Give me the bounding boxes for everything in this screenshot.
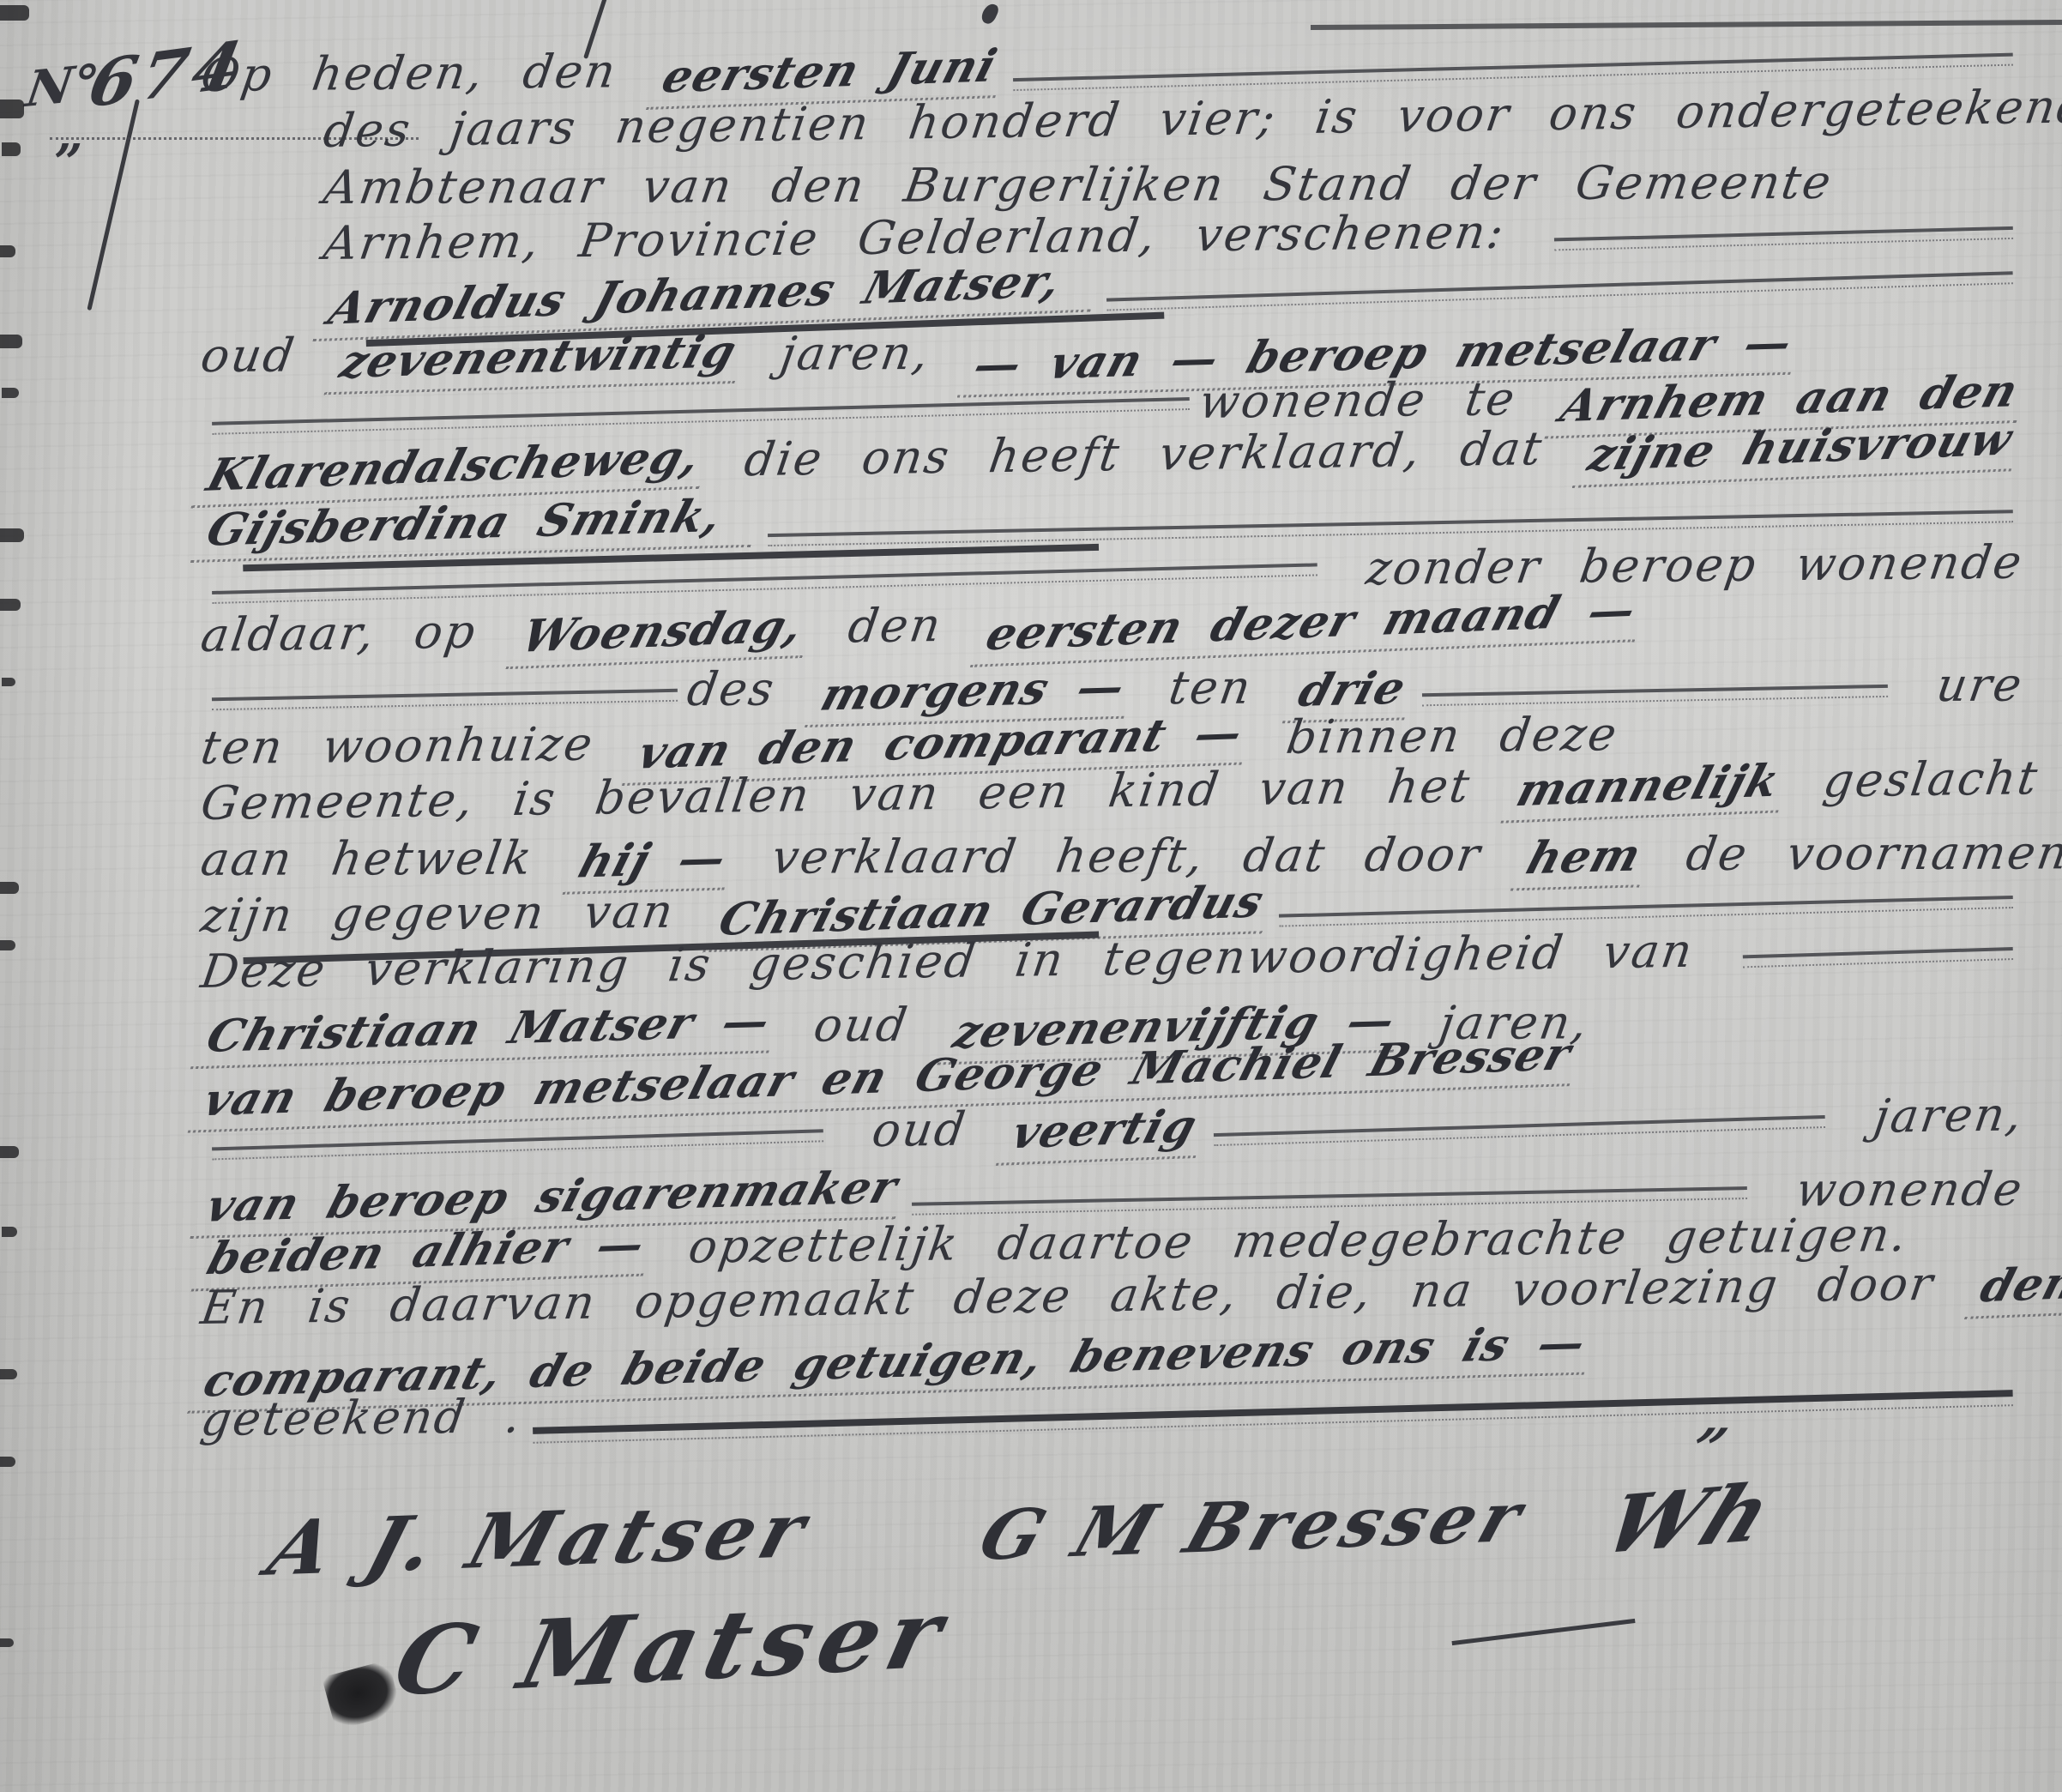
form-text: oud <box>829 1101 1010 1158</box>
form-text: verklaard heeft, dat door <box>729 828 1525 884</box>
filler-rule <box>1214 1115 1825 1146</box>
written-entry-text: den <box>1964 1257 2062 1319</box>
filler-rule <box>533 1390 2013 1444</box>
edge-artifact <box>0 1638 14 1647</box>
edge-artifact <box>2 678 15 686</box>
edge-artifact <box>0 940 15 950</box>
edge-artifact <box>0 1457 15 1467</box>
written-entry-text: eersten dezer maand — <box>970 583 1651 667</box>
edge-artifact <box>0 528 24 542</box>
edge-artifact <box>2 388 19 398</box>
form-text: ten woonhuize <box>197 716 636 775</box>
form-text: jaren, <box>738 326 974 381</box>
form-text: oud <box>197 328 339 383</box>
written-entry-text: veertig <box>996 1100 1212 1166</box>
form-text: den <box>805 597 985 654</box>
edge-artifact <box>0 335 22 348</box>
form-text: aldaar, op <box>197 604 519 662</box>
edge-artifact <box>0 1146 19 1158</box>
written-entry-text: mannelijk <box>1500 754 1794 824</box>
written-entry-text: zijne huisvrouw <box>1571 413 2027 488</box>
form-text: geslacht <box>1782 751 2043 808</box>
form-text: oud <box>771 998 951 1053</box>
edge-artifact <box>0 882 19 894</box>
form-text: zijn gegeven van <box>197 884 717 943</box>
form-text: des <box>684 661 818 716</box>
edge-artifact <box>0 245 15 257</box>
written-entry-text: Woensdag, <box>506 600 818 669</box>
edge-artifact <box>0 599 21 611</box>
edge-artifact <box>0 1369 17 1379</box>
edge-artifact <box>0 100 24 118</box>
form-text: Op heden, den <box>197 44 660 102</box>
form-text: wonende te <box>1196 371 1559 429</box>
form-text: binnen deze <box>1244 707 1622 764</box>
form-text: geteekend . <box>197 1389 526 1446</box>
filler-rule <box>212 689 678 710</box>
filler-rule <box>1743 947 2013 968</box>
edge-artifact <box>0 5 29 21</box>
form-text: aan hetwelk <box>197 830 576 886</box>
filler-rule <box>212 1129 823 1160</box>
form-text: ten <box>1126 661 1295 715</box>
form-text: die ons heeft verklaard, dat <box>702 420 1586 486</box>
document-page: N° 674 „ Op heden, den eersten Junides j… <box>0 0 2062 1792</box>
filler-rule <box>1422 685 1888 706</box>
filler-rule <box>1554 226 2013 251</box>
filler-rule <box>1106 271 2013 311</box>
edge-artifact <box>2 1227 17 1237</box>
form-text: jaren, <box>1831 1087 2027 1143</box>
edge-artifact <box>2 142 21 156</box>
